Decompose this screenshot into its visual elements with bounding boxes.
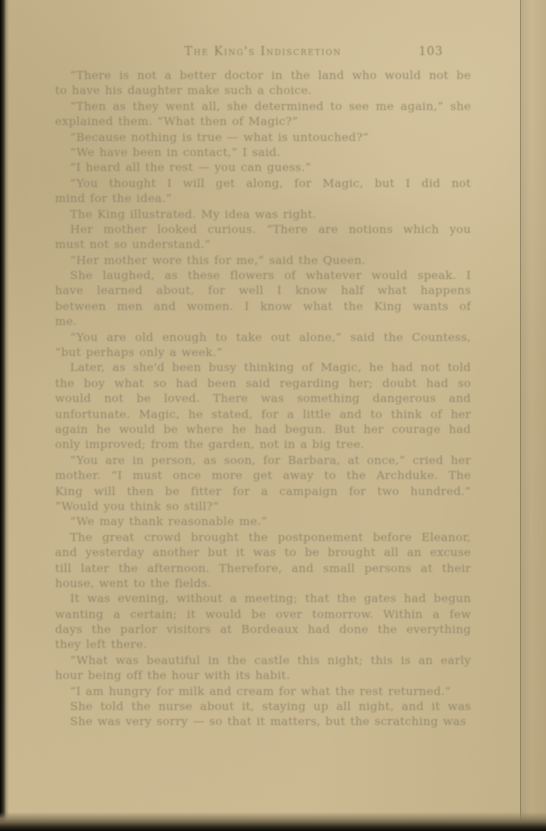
text-line: have learned about, for well I know half… bbox=[55, 283, 471, 298]
text-line: “There is not a better doctor in the lan… bbox=[55, 68, 471, 83]
text-line: hour being off the hour with its habit. bbox=[55, 668, 471, 683]
page-number: 103 bbox=[419, 44, 443, 58]
text-line: “We have been in contact,” I said. bbox=[55, 145, 471, 160]
text-line: unfortunate. Magic, he stated, for a lit… bbox=[55, 407, 471, 422]
text-line: must not so understand.” bbox=[55, 237, 471, 252]
text-line: “Her mother wore this for me,” said the … bbox=[55, 253, 471, 268]
text-line: “Would you think so still?” bbox=[55, 499, 471, 514]
text-line: mind for the idea.” bbox=[55, 191, 471, 206]
text-line: would not be loved. There was something … bbox=[55, 391, 471, 406]
text-line: It was evening, without a meeting; that … bbox=[55, 591, 471, 606]
text-line: “Because nothing is true — what is untou… bbox=[55, 130, 471, 145]
text-line: “You thought I will get along, for Magic… bbox=[55, 176, 471, 191]
text-line: days the parlor visitors at Bordeaux had… bbox=[55, 622, 471, 637]
text-line: the boy what so had been said regarding … bbox=[55, 376, 471, 391]
text-line: explained them. “What then of Magic?” bbox=[55, 114, 471, 129]
text-line: and yesterday another but it was to be b… bbox=[55, 545, 471, 560]
book-edge-left bbox=[0, 0, 9, 831]
text-line: house, went to the fields. bbox=[55, 576, 471, 591]
text-line: “We may thank reasonable me.” bbox=[55, 514, 471, 529]
text-line: mother. “I must once more get away to th… bbox=[55, 468, 471, 483]
page-content: The King's Indiscretion 103 “There is no… bbox=[55, 40, 471, 730]
text-line: King will then be fitter for a campaign … bbox=[55, 484, 471, 499]
text-line: She was very sorry — so that it matters,… bbox=[55, 714, 471, 729]
text-line: between men and women. I know what the K… bbox=[55, 299, 471, 314]
text-line: “I heard all the rest — you can guess.” bbox=[55, 160, 471, 175]
text-line: “I am hungry for milk and cream for what… bbox=[55, 684, 471, 699]
text-line: wanting a certain; it would be over tomo… bbox=[55, 607, 471, 622]
running-header: The King's Indiscretion 103 bbox=[55, 40, 471, 66]
text-line: “What was beautiful in the castle this n… bbox=[55, 653, 471, 668]
book-edge-right bbox=[520, 0, 546, 831]
text-block: “There is not a better doctor in the lan… bbox=[55, 68, 471, 730]
text-line: again he would be where he had begun. Bu… bbox=[55, 422, 471, 437]
header-title: The King's Indiscretion bbox=[55, 44, 471, 58]
text-line: to have his daughter make such a choice. bbox=[55, 83, 471, 98]
text-line: The King illustrated. My idea was right. bbox=[55, 207, 471, 222]
book-edge-bottom bbox=[0, 812, 546, 831]
text-line: She laughed, as these flowers of whateve… bbox=[55, 268, 471, 283]
text-line: they left there. bbox=[55, 637, 471, 652]
scanned-book-page: The King's Indiscretion 103 “There is no… bbox=[0, 0, 546, 831]
text-line: “You are old enough to take out alone,” … bbox=[55, 330, 471, 345]
text-line: only improved; from the garden, not in a… bbox=[55, 437, 471, 452]
text-line: The great crowd brought the postponement… bbox=[55, 530, 471, 545]
text-line: “but perhaps only a week.” bbox=[55, 345, 471, 360]
text-line: She told the nurse about it, staying up … bbox=[55, 699, 471, 714]
text-line: “Then as they went all, she determined t… bbox=[55, 99, 471, 114]
text-line: “You are in person, as soon, for Barbara… bbox=[55, 453, 471, 468]
text-line: Later, as she'd been busy thinking of Ma… bbox=[55, 360, 471, 375]
text-line: till later the afternoon. Therefore, and… bbox=[55, 561, 471, 576]
text-line: me. bbox=[55, 314, 471, 329]
text-line: Her mother looked curious. “There are no… bbox=[55, 222, 471, 237]
